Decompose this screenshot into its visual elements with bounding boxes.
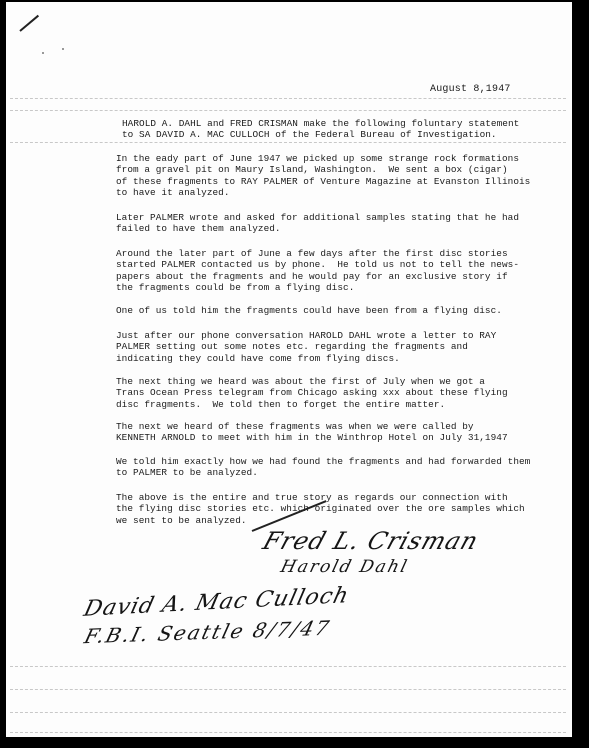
signature-crisman: Fred L. Crisman xyxy=(259,527,482,555)
scan-artifact-line xyxy=(10,98,566,99)
scan-artifact-line xyxy=(10,666,566,667)
scan-artifact-line xyxy=(10,712,566,713)
statement-paragraph: In the eady part of June 1947 we picked … xyxy=(116,153,556,199)
statement-paragraph: Just after our phone conversation HAROLD… xyxy=(116,330,556,364)
scan-artifact-line xyxy=(10,732,566,733)
speck xyxy=(42,52,44,54)
agent-annotation: F.B.I. Seattle 8/7/47 xyxy=(82,616,334,648)
signature-dahl: Harold Dahl xyxy=(279,557,411,577)
statement-paragraph: The next thing we heard was about the fi… xyxy=(116,376,556,410)
speck xyxy=(62,48,64,50)
scanned-document-page: August 8,1947 HAROLD A. DAHL and FRED CR… xyxy=(6,2,572,737)
scan-artifact-line xyxy=(10,110,566,111)
statement-paragraph: Around the later part of June a few days… xyxy=(116,248,556,294)
statement-closing: The above is the entire and true story a… xyxy=(116,492,556,526)
pen-mark xyxy=(19,15,39,32)
statement-paragraph: The next we heard of these fragments was… xyxy=(116,421,556,444)
document-date: August 8,1947 xyxy=(430,84,511,95)
statement-paragraph: One of us told him the fragments could h… xyxy=(116,305,556,316)
statement-paragraph: Later PALMER wrote and asked for additio… xyxy=(116,212,556,235)
statement-intro: HAROLD A. DAHL and FRED CRISMAN make the… xyxy=(122,118,562,141)
scan-artifact-line xyxy=(10,142,566,143)
scan-artifact-line xyxy=(10,689,566,690)
statement-paragraph: We told him exactly how we had found the… xyxy=(116,456,556,479)
